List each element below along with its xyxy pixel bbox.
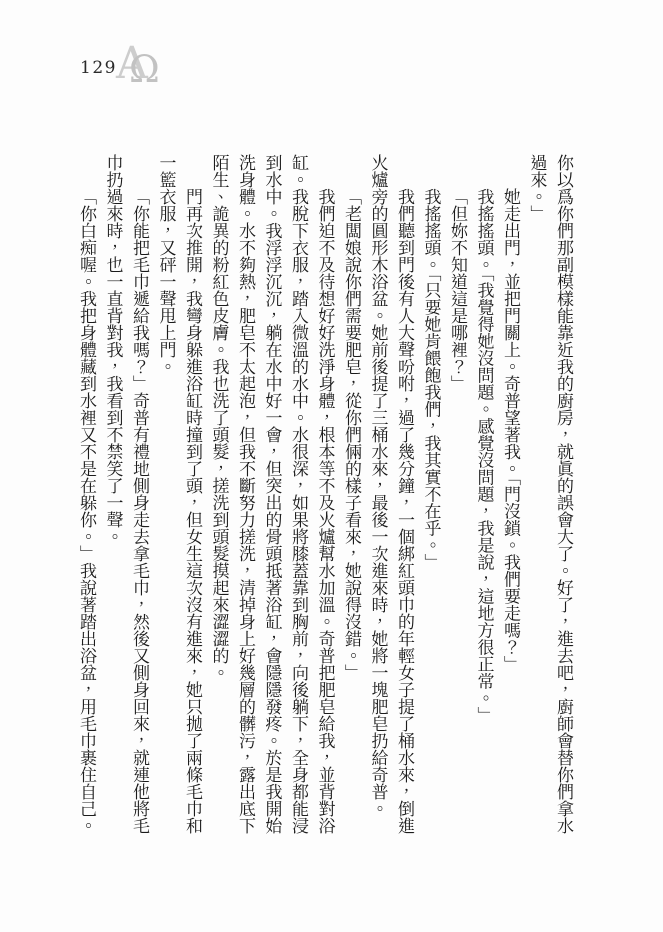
publisher-logo alpha-omega-icon: Α Ω (116, 42, 164, 92)
paragraph: 「但妳不知道這是哪裡？」 (444, 154, 471, 838)
paragraph: 我們迫不及待想好好洗淨身體，根本等不及火爐幫水加溫。奇普把肥皂給我，並背對浴缸。… (205, 154, 338, 838)
paragraph: 我搖搖頭。「我覺得她沒問題。感覺沒問題，我是說，這地方很正常。」 (470, 154, 497, 838)
paragraph: 你以爲你們那副模樣能靠近我的廚房，就眞的誤會大了。好了，進去吧，廚師會替你們拿水… (523, 154, 576, 838)
book-page: 129 Α Ω 你以爲你們那副模樣能靠近我的廚房，就眞的誤會大了。好了，進去吧，… (0, 0, 663, 932)
paragraph: 她走出門，並把門關上。奇普望著我。「門沒鎖。我們要走嗎？」 (497, 154, 524, 838)
paragraph: 門再次推開，我彎身躲進浴缸時撞到了頭，但女生這次沒有進來，她只拋了兩條毛巾和一籃… (152, 154, 205, 838)
paragraph: 「老闆娘說你們需要肥皂，從你們倆的樣子看來，她說得沒錯。」 (338, 154, 365, 838)
paragraph: 我搖搖頭。「只要她肯餵飽我們，我其實不在乎。」 (417, 154, 444, 838)
paragraph: 我們聽到門後有人大聲吩咐，過了幾分鐘，一個綁紅頭巾的年輕女子提了桶水來，倒進火爐… (364, 154, 417, 838)
page-number: 129 (80, 58, 117, 78)
paragraph: 「你白痴喔。我把身體藏到水裡又不是在躲你。」我說著踏出浴盆，用毛巾裹住自己。 (73, 154, 100, 838)
omega-glyph: Ω (129, 51, 160, 88)
paragraph: 「你能把毛巾遞給我嗎？」奇普有禮地側身走去拿毛巾，然後又側身回來，就連他將毛巾扔… (99, 154, 152, 838)
body-text: 你以爲你們那副模樣能靠近我的廚房，就眞的誤會大了。好了，進去吧，廚師會替你們拿水… (73, 154, 577, 838)
